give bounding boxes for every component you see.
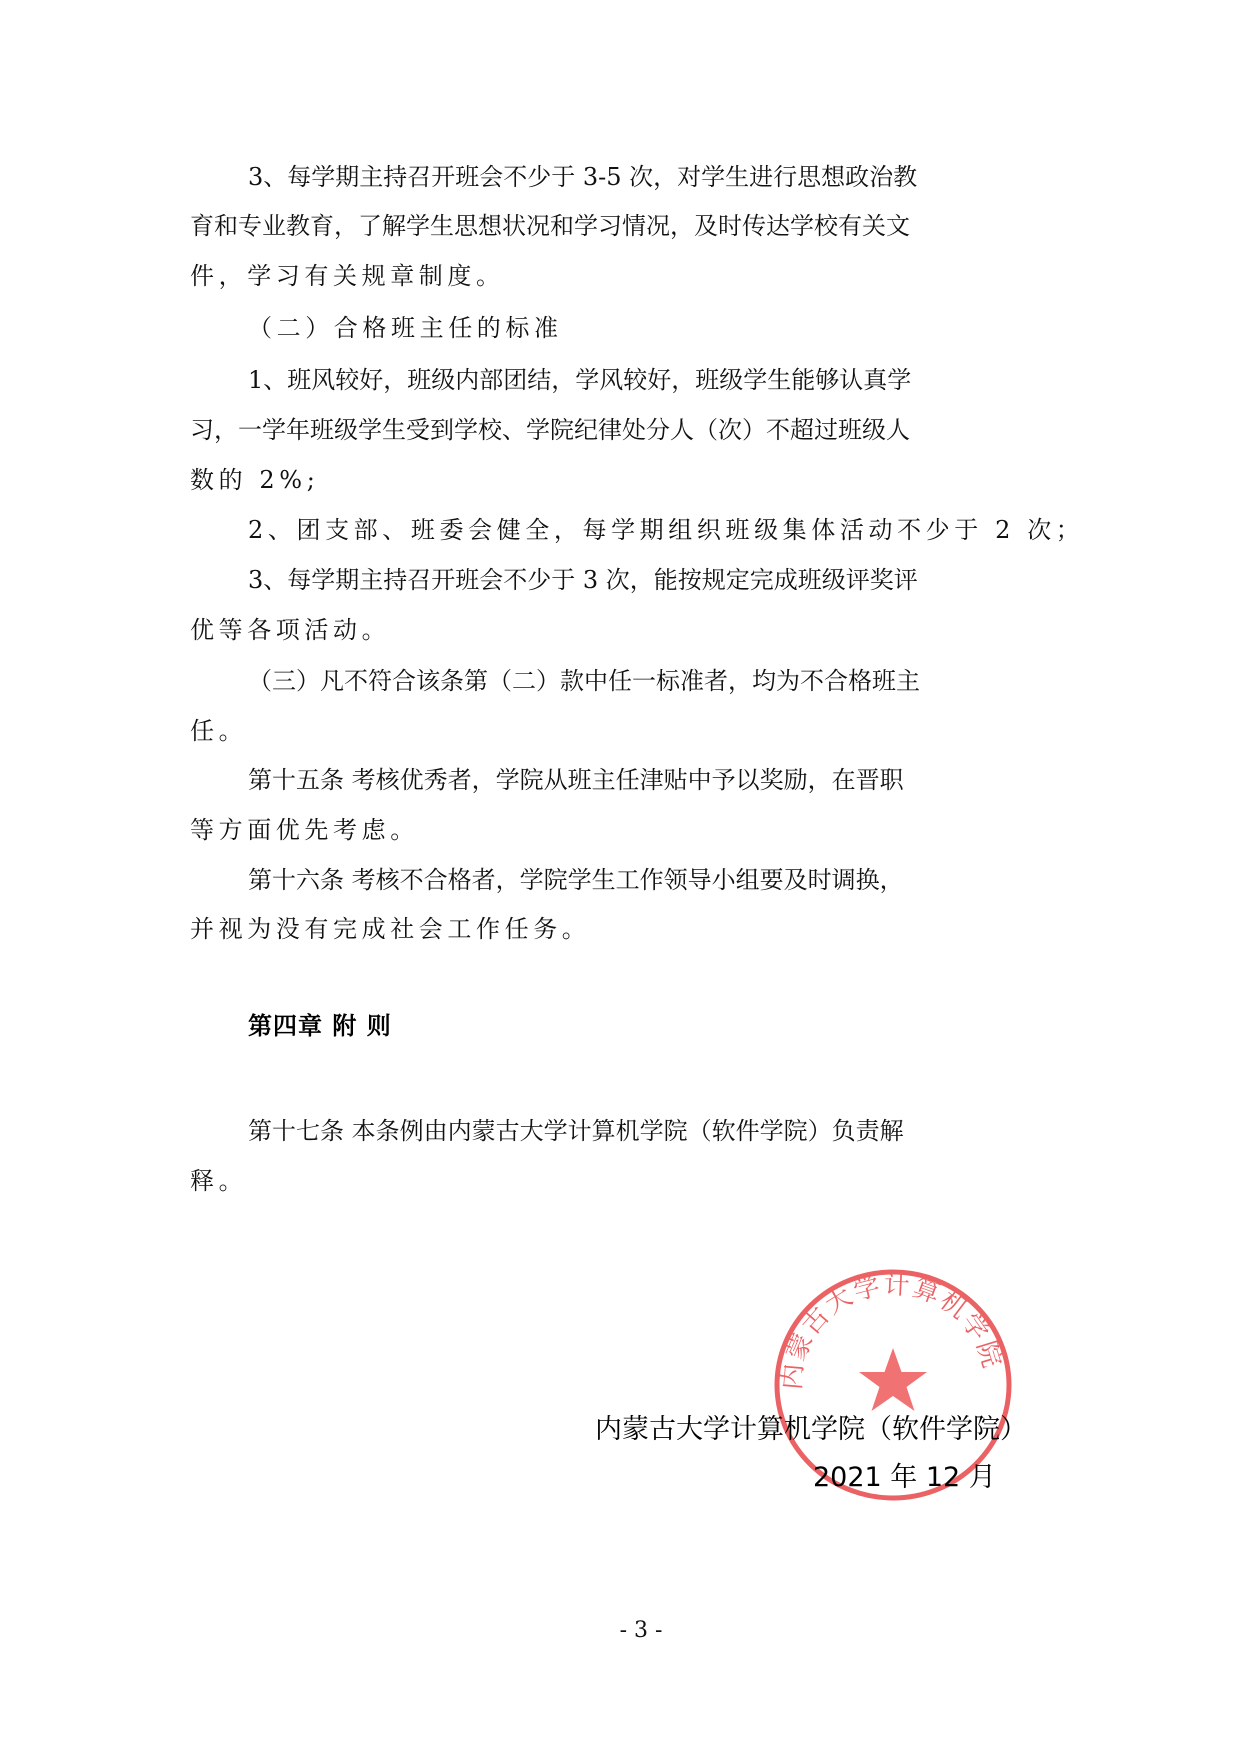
paragraph-line: 数的 2%; [190, 465, 1052, 495]
star-icon [859, 1348, 927, 1411]
document-page: 3、每学期主持召开班会不少于 3-5 次，对学生进行思想政治教育和专业教育，了解… [0, 0, 1241, 1755]
paragraph-line: 任。 [190, 716, 1052, 746]
paragraph-line: （二）合格班主任的标准 [248, 313, 1052, 343]
paragraph-line: 第十七条 本条例由内蒙古大学计算机学院（软件学院）负责解 [248, 1116, 1052, 1146]
paragraph-line: 育和专业教育，了解学生思想状况和学习情况，及时传达学校有关文 [190, 211, 1052, 241]
signature-date: 2021 年 12 月 [813, 1462, 996, 1494]
signature-organization: 内蒙古大学计算机学院（软件学院） [595, 1414, 1027, 1446]
paragraph-line: 释。 [190, 1166, 1052, 1196]
paragraph-line: 2、团支部、班委会健全，每学期组织班级集体活动不少于 2 次； [248, 515, 1052, 545]
paragraph-line: 优等各项活动。 [190, 615, 1052, 645]
paragraph-line: 件，学习有关规章制度。 [190, 261, 1052, 291]
paragraph-line: 3、每学期主持召开班会不少于 3 次，能按规定完成班级评奖评 [248, 565, 1052, 595]
chapter-heading: 第四章 附 则 [248, 1011, 392, 1041]
page-number: - 3 - [0, 1618, 1241, 1643]
paragraph-line: 习，一学年班级学生受到学校、学院纪律处分人（次）不超过班级人 [190, 415, 1052, 445]
paragraph-line: 等方面优先考虑。 [190, 815, 1052, 845]
paragraph-line: 第十五条 考核优秀者，学院从班主任津贴中予以奖励，在晋职 [248, 765, 1052, 795]
paragraph-line: 1、班风较好，班级内部团结，学风较好，班级学生能够认真学 [248, 365, 1052, 395]
paragraph-line: 第十六条 考核不合格者，学院学生工作领导小组要及时调换， [248, 865, 1052, 895]
paragraph-line: （三）凡不符合该条第（二）款中任一标准者，均为不合格班主 [248, 666, 1052, 696]
paragraph-line: 3、每学期主持召开班会不少于 3-5 次，对学生进行思想政治教 [248, 162, 1052, 192]
paragraph-line: 并视为没有完成社会工作任务。 [190, 914, 1052, 944]
